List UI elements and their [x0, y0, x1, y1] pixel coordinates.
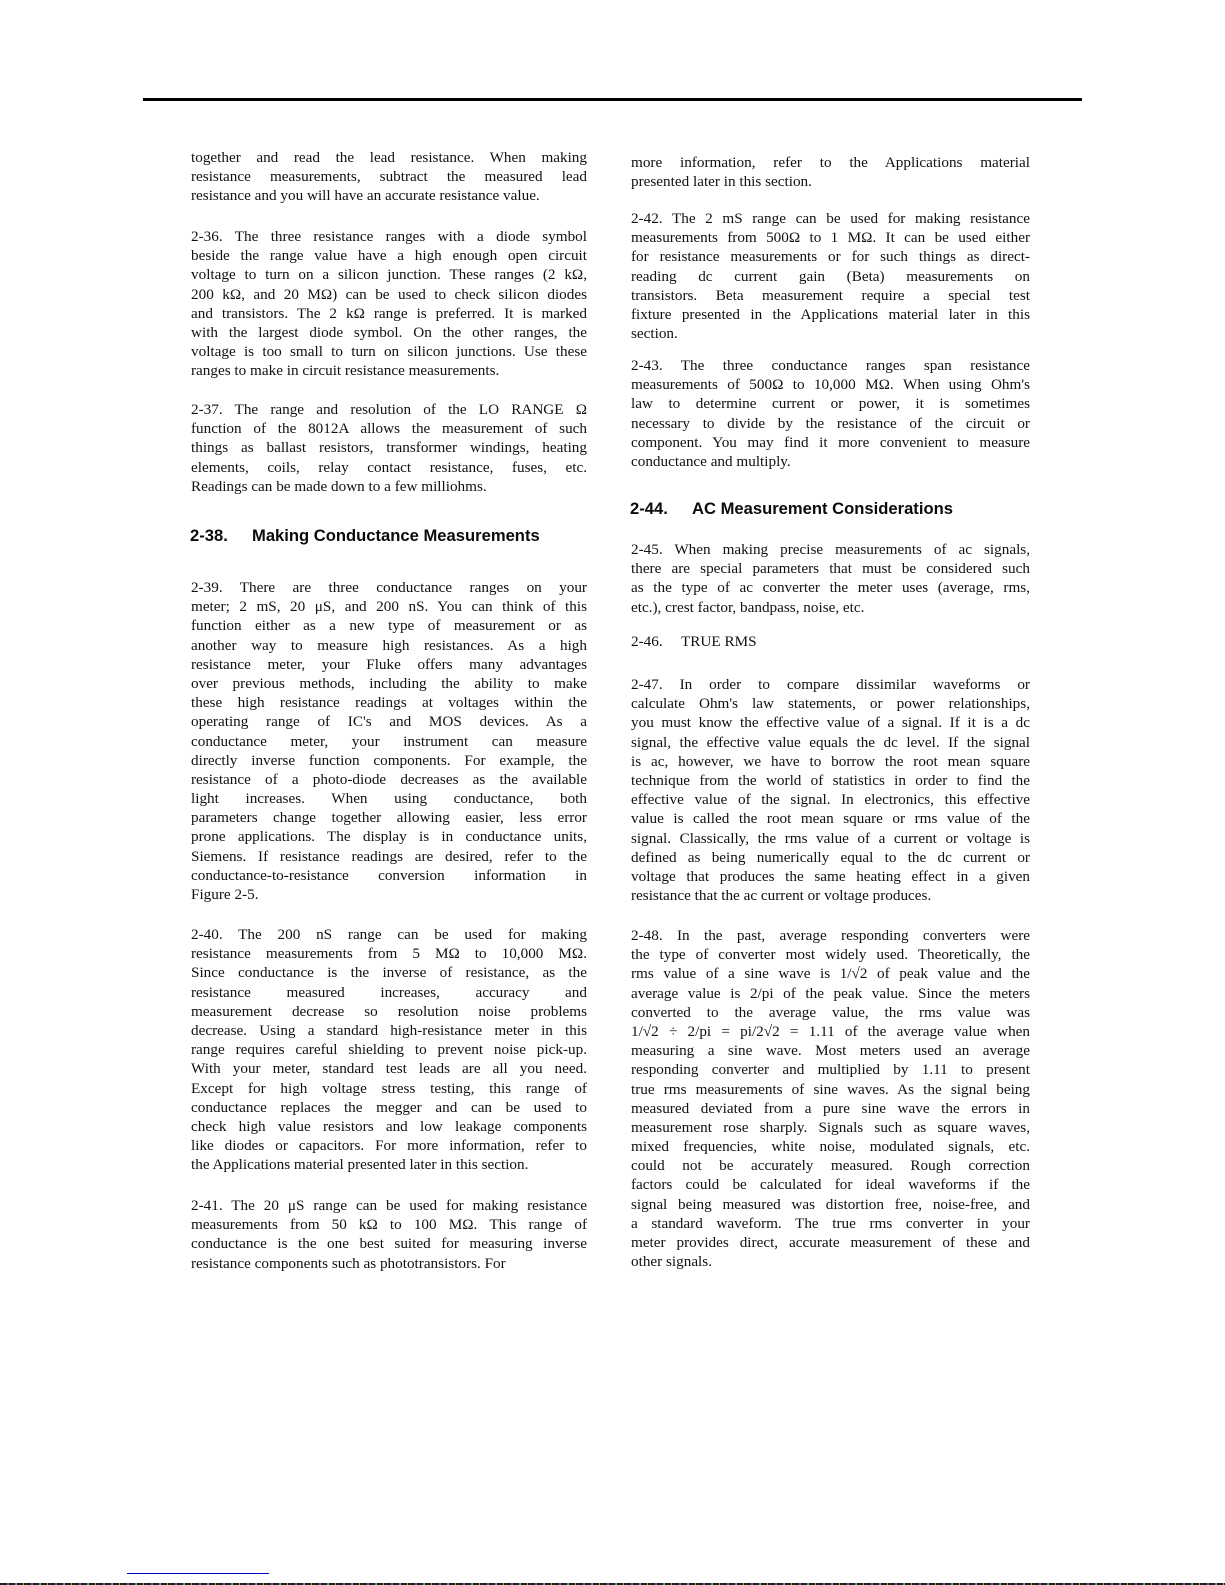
text-line: measurement decrease so resolution noise…	[191, 1002, 587, 1021]
section-heading-2-38: 2-38.Making Conductance Measurements	[190, 526, 540, 546]
text-line: together and read the lead resistance. W…	[191, 148, 587, 167]
text-line: section.	[631, 324, 1030, 343]
bottom-link-underline[interactable]	[127, 1573, 269, 1574]
heading-number: 2-38.	[190, 526, 252, 546]
text-line: Since conductance is the inverse of resi…	[191, 963, 587, 982]
paragraph-2-35-cont: together and read the lead resistance. W…	[191, 148, 587, 206]
text-line: elements, coils, relay contact resistanc…	[191, 458, 587, 477]
text-line: resistance meter, your Fluke offers many…	[191, 655, 587, 674]
text-line: measuring a sine wave. Most meters used …	[631, 1041, 1030, 1060]
text-line: and transistors. The 2 kΩ range is prefe…	[191, 304, 587, 323]
text-line: as the type of ac converter the meter us…	[631, 578, 1030, 597]
text-line: measurements from 50 kΩ to 100 MΩ. This …	[191, 1215, 587, 1234]
text-line: 2-39. There are three conductance ranges…	[191, 578, 587, 597]
text-line: converted to the average value, the rms …	[631, 1003, 1030, 1022]
text-line: etc.), crest factor, bandpass, noise, et…	[631, 598, 1030, 617]
text-line: could not be accurately measured. Rough …	[631, 1156, 1030, 1175]
paragraph-2-41-cont: more information, refer to the Applicati…	[631, 153, 1030, 191]
text-line: a standard waveform. The true rms conver…	[631, 1214, 1030, 1233]
text-line: law to determine current or power, it is…	[631, 394, 1030, 413]
text-line: resistance measured increases, accuracy …	[191, 983, 587, 1002]
text-line: the Applications material presented late…	[191, 1155, 587, 1174]
text-line: resistance that the ac current or voltag…	[631, 886, 1030, 905]
text-line: operating range of IC's and MOS devices.…	[191, 712, 587, 731]
text-line: Siemens. If resistance readings are desi…	[191, 847, 587, 866]
text-line: conductance is the one best suited for m…	[191, 1234, 587, 1253]
text-line: conductance replaces the megger and can …	[191, 1098, 587, 1117]
text-line: other signals.	[631, 1252, 1030, 1271]
text-line: signal, the effective value equals the d…	[631, 733, 1030, 752]
text-line: conductance-to-resistance conversion inf…	[191, 866, 587, 885]
text-line: meter; 2 mS, 20 μS, and 200 nS. You can …	[191, 597, 587, 616]
text-line: resistance and you will have an accurate…	[191, 186, 587, 205]
text-line: responding converter and multiplied by 1…	[631, 1060, 1030, 1079]
heading-number: 2-44.	[630, 499, 692, 519]
text-line: signal. Classically, the rms value of a …	[631, 829, 1030, 848]
text-line: 2-41. The 20 μS range can be used for ma…	[191, 1196, 587, 1215]
text-line: 2-45. When making precise measurements o…	[631, 540, 1030, 559]
text-line: meter provides direct, accurate measurem…	[631, 1233, 1030, 1252]
text-line: prone applications. The display is in co…	[191, 827, 587, 846]
text-line: these high resistance readings at voltag…	[191, 693, 587, 712]
text-line: 1/√2 ÷ 2/pi = pi/2√2 = 1.11 of the avera…	[631, 1022, 1030, 1041]
text-line: Except for high voltage stress testing, …	[191, 1079, 587, 1098]
heading-title: AC Measurement Considerations	[692, 499, 953, 518]
text-line: factors could be calculated for ideal wa…	[631, 1175, 1030, 1194]
paragraph-2-48: 2-48. In the past, average responding co…	[631, 926, 1030, 1271]
text-line: Readings can be made down to a few milli…	[191, 477, 587, 496]
text-line: over previous methods, including the abi…	[191, 674, 587, 693]
text-line: function either as a new type of measure…	[191, 616, 587, 635]
text-line: ranges to make in circuit resistance mea…	[191, 361, 587, 380]
text-line: for resistance measurements or for such …	[631, 247, 1030, 266]
text-line: resistance measurements, subtract the me…	[191, 167, 587, 186]
subheading-2-46: 2-46.TRUE RMS	[631, 632, 757, 651]
paragraph-2-36: 2-36. The three resistance ranges with a…	[191, 227, 587, 381]
text-line: value is called the root mean square or …	[631, 809, 1030, 828]
text-line: 2-40. The 200 nS range can be used for m…	[191, 925, 587, 944]
text-line: calculate Ohm's law statements, or power…	[631, 694, 1030, 713]
text-line: conductance meter, your instrument can m…	[191, 732, 587, 751]
heading-title: Making Conductance Measurements	[252, 526, 540, 545]
subheading-title: TRUE RMS	[681, 633, 757, 650]
text-line: fixture presented in the Applications ma…	[631, 305, 1030, 324]
text-line: mixed frequencies, white noise, modulate…	[631, 1137, 1030, 1156]
section-heading-2-44: 2-44.AC Measurement Considerations	[630, 499, 953, 519]
text-line: function of the 8012A allows the measure…	[191, 419, 587, 438]
text-line: Figure 2-5.	[191, 885, 587, 904]
text-line: decrease. Using a standard high-resistan…	[191, 1021, 587, 1040]
text-line: with the largest diode symbol. On the ot…	[191, 323, 587, 342]
text-line: necessary to divide by the resistance of…	[631, 414, 1030, 433]
paragraph-2-42: 2-42. The 2 mS range can be used for mak…	[631, 209, 1030, 343]
text-line: voltage to turn on a silicon junction. T…	[191, 265, 587, 284]
text-line: signal being measured was distortion fre…	[631, 1195, 1030, 1214]
text-line: 200 kΩ, and 20 MΩ) can be used to check …	[191, 285, 587, 304]
text-line: true rms measurements of sine waves. As …	[631, 1080, 1030, 1099]
text-line: check high value resistors and low leaka…	[191, 1117, 587, 1136]
text-line: voltage that produces the same heating e…	[631, 867, 1030, 886]
paragraph-2-45: 2-45. When making precise measurements o…	[631, 540, 1030, 617]
text-line: With your meter, standard test leads are…	[191, 1059, 587, 1078]
subheading-number: 2-46.	[631, 632, 681, 651]
text-line: average value is 2/pi of the peak value.…	[631, 984, 1030, 1003]
text-line: reading dc current gain (Beta) measureme…	[631, 267, 1030, 286]
text-line: another way to measure high resistances.…	[191, 636, 587, 655]
text-line: transistors. Beta measurement require a …	[631, 286, 1030, 305]
text-line: 2-47. In order to compare dissimilar wav…	[631, 675, 1030, 694]
text-line: presented later in this section.	[631, 172, 1030, 191]
text-line: resistance components such as phototrans…	[191, 1254, 587, 1273]
text-line: 2-43. The three conductance ranges span …	[631, 356, 1030, 375]
text-line: 2-42. The 2 mS range can be used for mak…	[631, 209, 1030, 228]
text-line: parameters change together allowing easi…	[191, 808, 587, 827]
text-line: measurements from 500Ω to 1 MΩ. It can b…	[631, 228, 1030, 247]
text-line: component. You may find it more convenie…	[631, 433, 1030, 452]
text-line: conductance and multiply.	[631, 452, 1030, 471]
text-line: voltage is too small to turn on silicon …	[191, 342, 587, 361]
text-line: resistance of a photo-diode decreases as…	[191, 770, 587, 789]
text-line: directly inverse function components. Fo…	[191, 751, 587, 770]
text-line: you must know the effective value of a s…	[631, 713, 1030, 732]
text-line: technique from the world of statistics i…	[631, 771, 1030, 790]
text-line: defined as being numerically equal to th…	[631, 848, 1030, 867]
text-line: range requires careful shielding to prev…	[191, 1040, 587, 1059]
text-line: light increases. When using conductance,…	[191, 789, 587, 808]
text-line: measurement rose sharply. Signals such a…	[631, 1118, 1030, 1137]
text-line: 2-36. The three resistance ranges with a…	[191, 227, 587, 246]
text-line: there are special parameters that must b…	[631, 559, 1030, 578]
text-line: 2-48. In the past, average responding co…	[631, 926, 1030, 945]
text-line: measurements of 500Ω to 10,000 MΩ. When …	[631, 375, 1030, 394]
text-line: 2-37. The range and resolution of the LO…	[191, 400, 587, 419]
text-line: effective value of the signal. In electr…	[631, 790, 1030, 809]
paragraph-2-47: 2-47. In order to compare dissimilar wav…	[631, 675, 1030, 905]
paragraph-2-43: 2-43. The three conductance ranges span …	[631, 356, 1030, 471]
text-line: things as ballast resistors, transformer…	[191, 438, 587, 457]
text-line: more information, refer to the Applicati…	[631, 153, 1030, 172]
header-rule	[143, 98, 1082, 101]
paragraph-2-39: 2-39. There are three conductance ranges…	[191, 578, 587, 904]
text-line: beside the range value have a high enoug…	[191, 246, 587, 265]
text-line: like diodes or capacitors. For more info…	[191, 1136, 587, 1155]
paragraph-2-41: 2-41. The 20 μS range can be used for ma…	[191, 1196, 587, 1273]
text-line: rms value of a sine wave is 1/√2 of peak…	[631, 964, 1030, 983]
paragraph-2-40: 2-40. The 200 nS range can be used for m…	[191, 925, 587, 1174]
text-line: resistance measurements from 5 MΩ to 10,…	[191, 944, 587, 963]
text-line: the type of converter most widely used. …	[631, 945, 1030, 964]
paragraph-2-37: 2-37. The range and resolution of the LO…	[191, 400, 587, 496]
text-line: is ac, however, we have to borrow the ro…	[631, 752, 1030, 771]
text-line: measured deviated from a pure sine wave …	[631, 1099, 1030, 1118]
